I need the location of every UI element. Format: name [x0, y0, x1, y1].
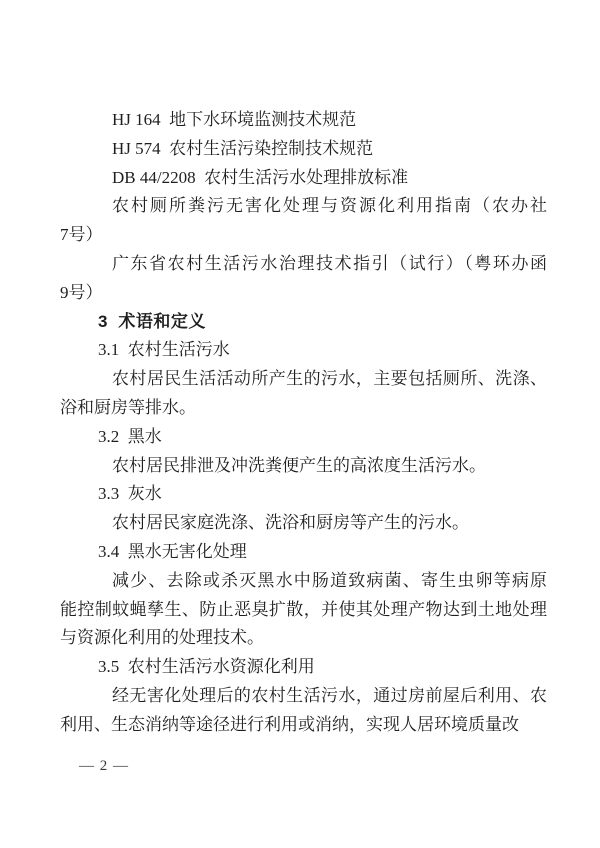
- subsection-heading: 3.2 黑水: [60, 423, 547, 452]
- paragraph-line: 与资源化利用的处理技术。: [60, 624, 547, 653]
- document-body: HJ 164 地下水环境监测技术规范HJ 574 农村生活污染控制技术规范DB …: [60, 106, 547, 740]
- subsection-heading: 3.5 农村生活污水资源化利用: [60, 653, 547, 682]
- paragraph-line: 农村居民生活活动所产生的污水，主要包括厕所、洗涤、洗: [60, 365, 547, 394]
- paragraph-line: 浴和厨房等排水。: [60, 394, 547, 423]
- paragraph-line: 农村居民排泄及冲洗粪便产生的高浓度生活污水。: [60, 452, 547, 481]
- reference-line: HJ 164 地下水环境监测技术规范: [60, 106, 547, 135]
- paragraph-line: 能控制蚊蝇孳生、防止恶臭扩散，并使其处理产物达到土地处理: [60, 596, 547, 625]
- document-page: HJ 164 地下水环境监测技术规范HJ 574 农村生活污染控制技术规范DB …: [0, 0, 600, 848]
- paragraph-line: 利用、生态消纳等途径进行利用或消纳，实现人居环境质量改善。: [60, 711, 547, 740]
- reference-line: HJ 574 农村生活污染控制技术规范: [60, 135, 547, 164]
- section-heading: 3 术语和定义: [60, 308, 547, 337]
- paragraph-line: 9号）: [60, 279, 547, 308]
- paragraph-line: 经无害化处理后的农村生活污水，通过房前屋后利用、农业: [60, 682, 547, 711]
- reference-line: DB 44/2208 农村生活污水处理排放标准: [60, 164, 547, 193]
- subsection-heading: 3.3 灰水: [60, 480, 547, 509]
- paragraph-line: 农村居民家庭洗涤、洗浴和厨房等产生的污水。: [60, 509, 547, 538]
- paragraph-line: 广东省农村生活污水治理技术指引（试行）（粤环办函〔2020〕: [60, 250, 547, 279]
- paragraph-line: 7号）: [60, 221, 547, 250]
- subsection-heading: 3.4 黑水无害化处理: [60, 538, 547, 567]
- page-number: — 2 —: [79, 756, 129, 776]
- paragraph-line: 减少、去除或杀灭黑水中肠道致病菌、寄生虫卵等病原体，: [60, 567, 547, 596]
- paragraph-line: 农村厕所粪污无害化处理与资源化利用指南（农办社〔2020〕: [60, 192, 547, 221]
- subsection-heading: 3.1 农村生活污水: [60, 336, 547, 365]
